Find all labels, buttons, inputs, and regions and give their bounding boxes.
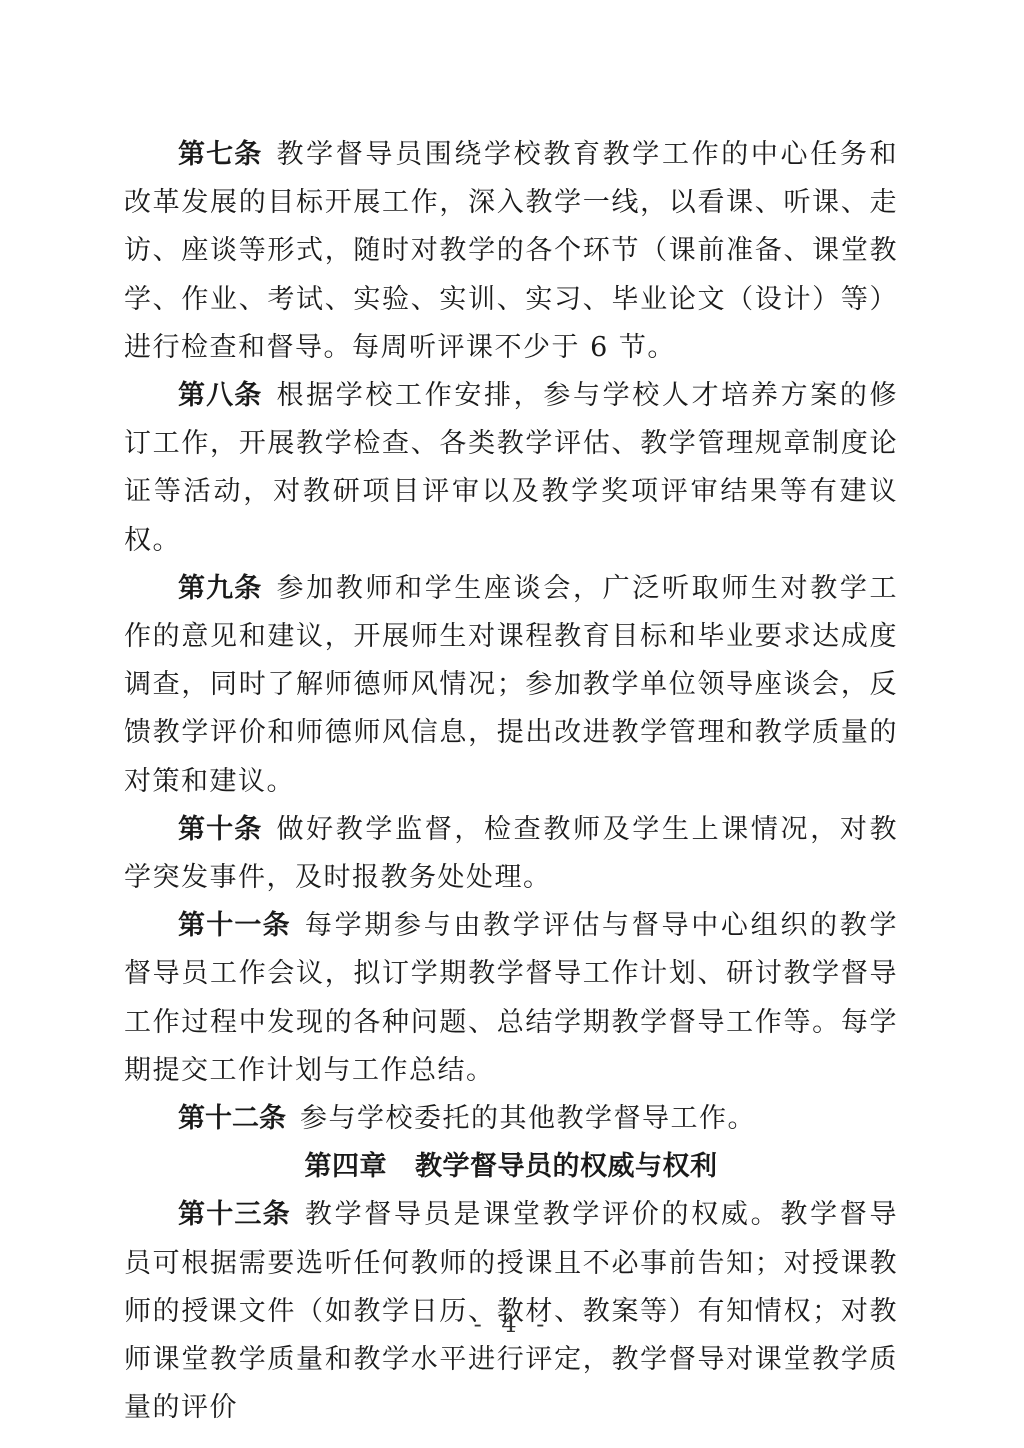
article-text: 参加教师和学生座谈会，广泛听取师生对教学工作的意见和建议，开展师生对课程教育目标… [124,573,898,797]
article-label: 第十三条 [178,1199,291,1230]
article-label: 第七条 [178,139,262,170]
article-label: 第九条 [178,573,262,604]
article-9: 第九条参加教师和学生座谈会，广泛听取师生对教学工作的意见和建议，开展师生对课程教… [124,565,898,806]
article-text: 参与学校委托的其他教学督导工作。 [300,1103,756,1134]
article-text: 教学督导员围绕学校教育教学工作的中心任务和改革发展的目标开展工作，深入教学一线，… [124,139,898,363]
article-7: 第七条教学督导员围绕学校教育教学工作的中心任务和改革发展的目标开展工作，深入教学… [124,131,898,372]
chapter-title: 教学督导员的权威与权利 [415,1151,718,1182]
article-label: 第十二条 [178,1103,286,1134]
article-8: 第八条根据学校工作安排，参与学校人才培养方案的修订工作，开展教学检查、各类教学评… [124,372,898,565]
chapter-heading: 第四章教学督导员的权威与权利 [124,1143,898,1191]
article-label: 第八条 [178,380,262,411]
article-label: 第十条 [178,814,262,845]
article-11: 第十一条每学期参与由教学评估与督导中心组织的教学督导员工作会议，拟订学期教学督导… [124,902,898,1095]
article-12: 第十二条参与学校委托的其他教学督导工作。 [124,1095,898,1143]
chapter-number: 第四章 [305,1151,388,1182]
document-page: 第七条教学督导员围绕学校教育教学工作的中心任务和改革发展的目标开展工作，深入教学… [124,131,898,1432]
article-10: 第十条做好教学监督，检查教师及学生上课情况，对教学突发事件，及时报教务处处理。 [124,806,898,902]
article-label: 第十一条 [178,910,291,941]
page-number: - 4 - [0,1310,1024,1338]
